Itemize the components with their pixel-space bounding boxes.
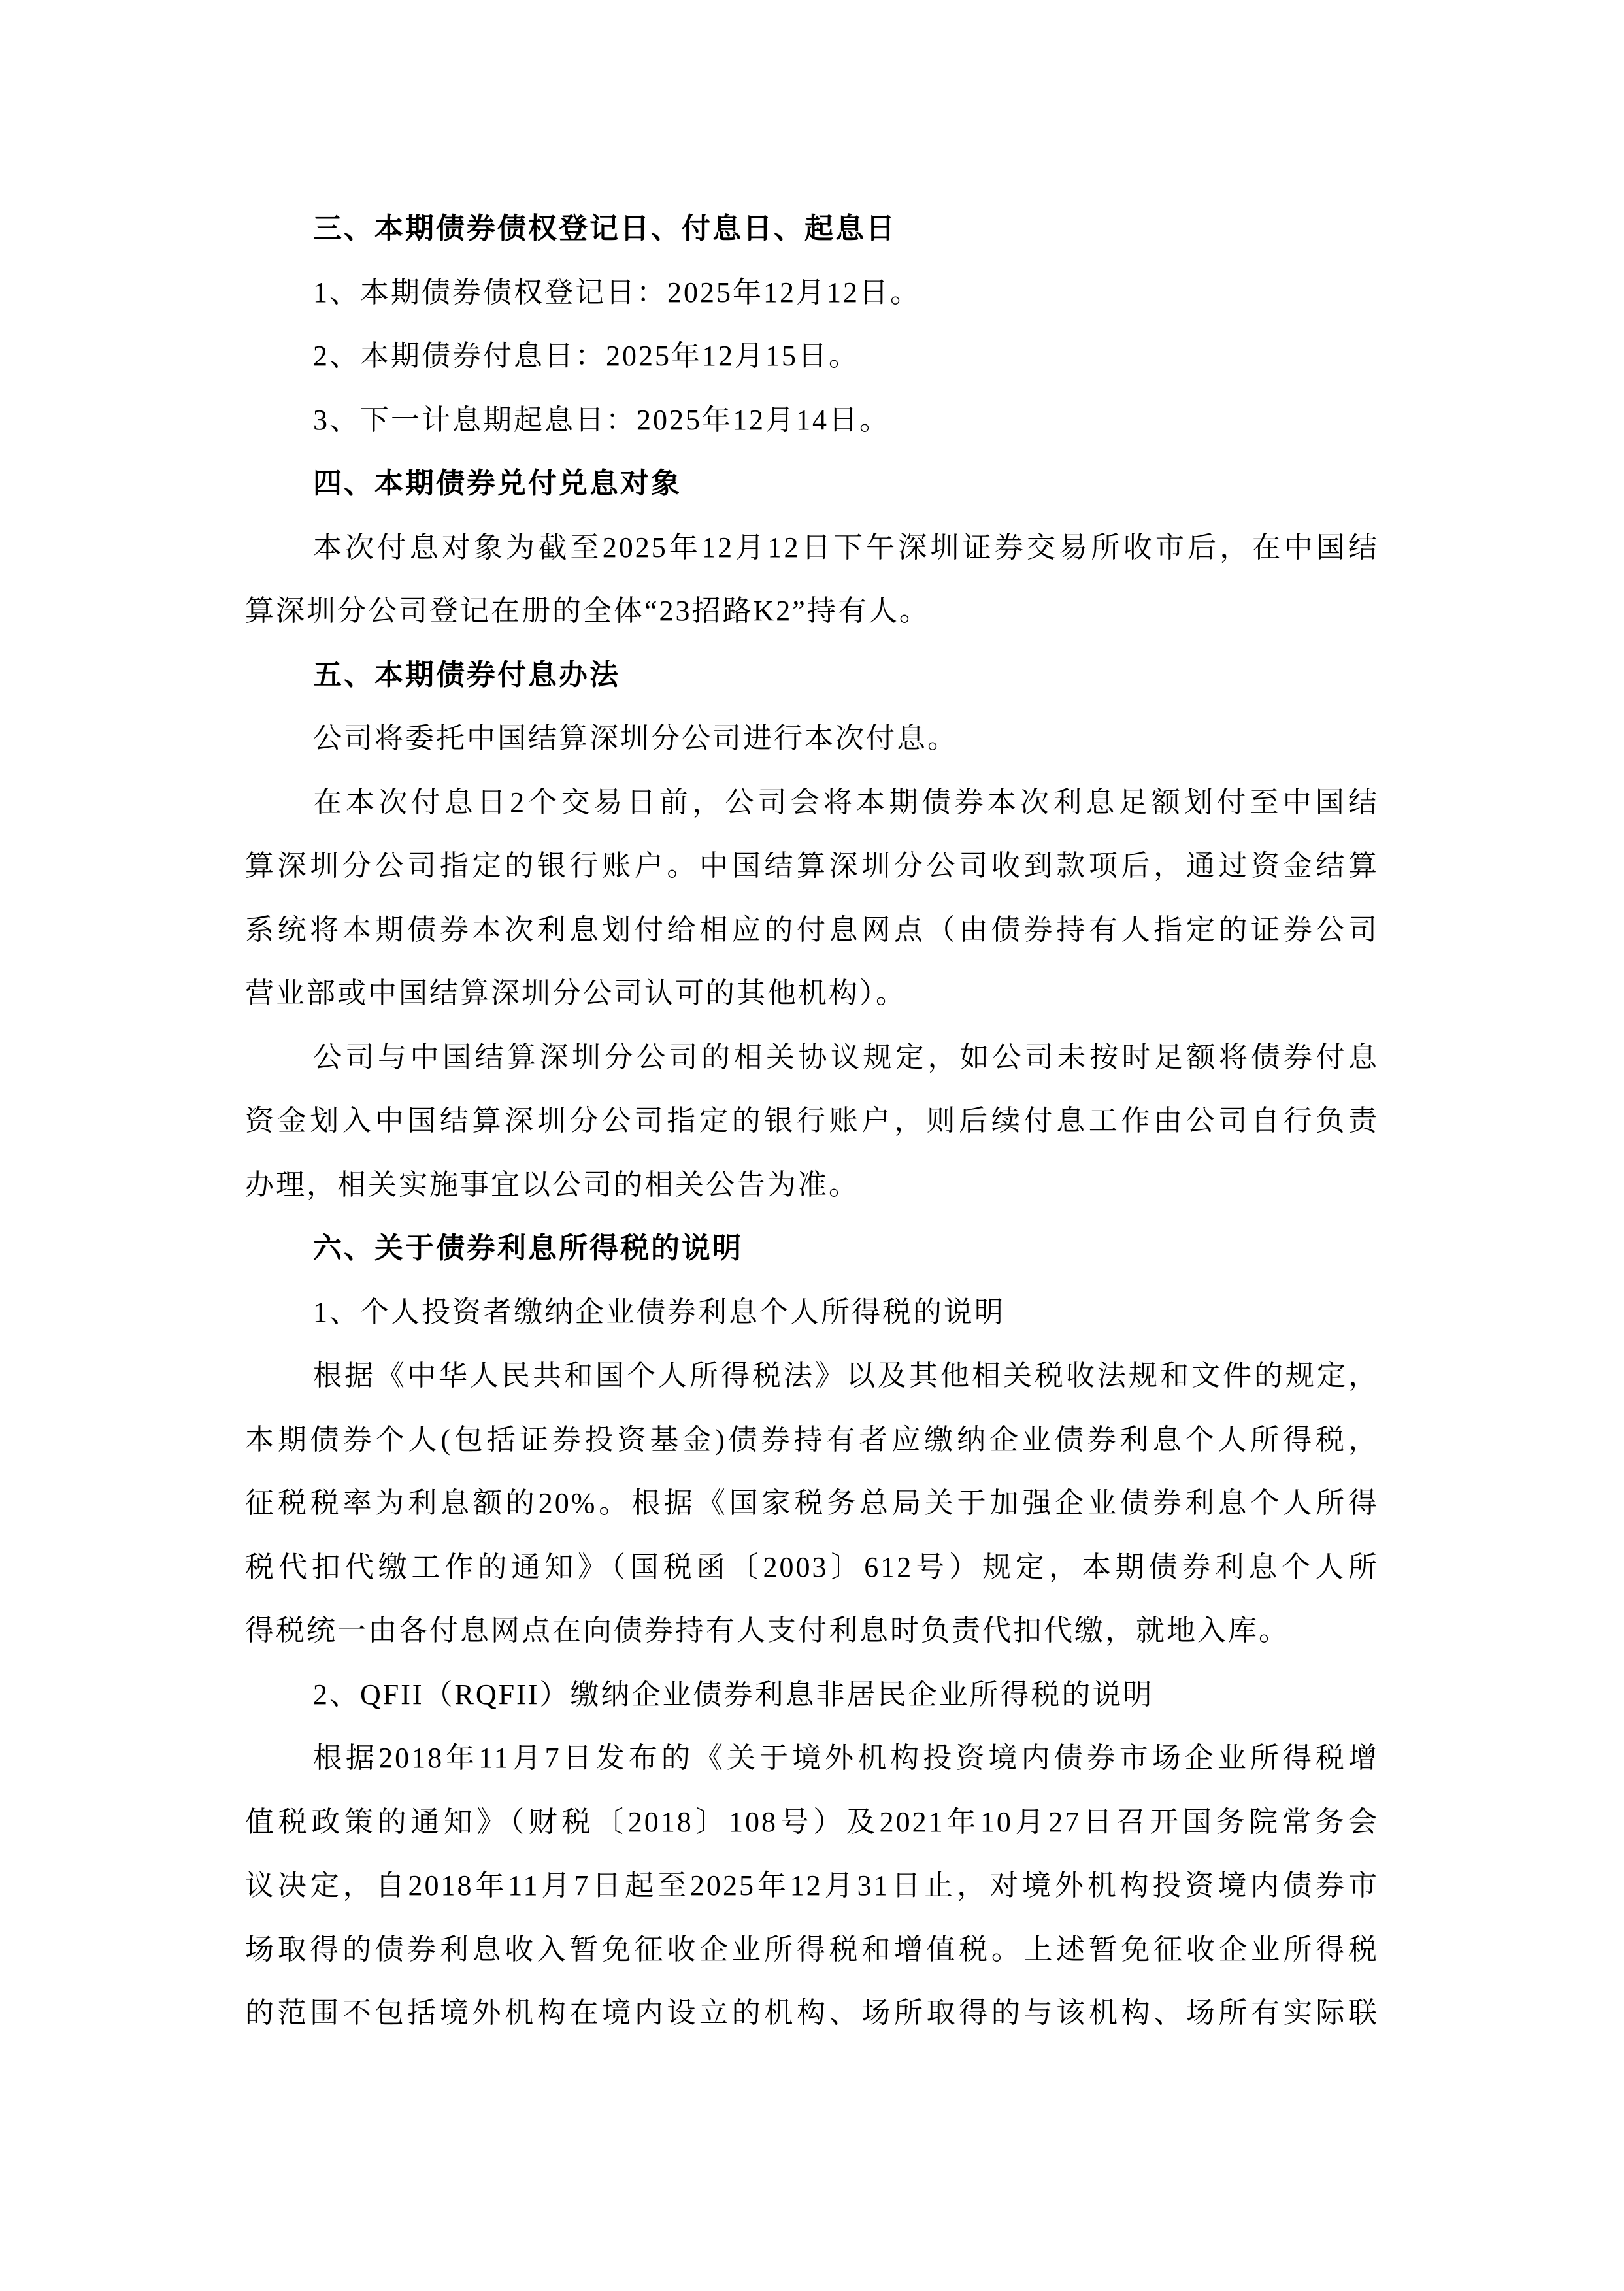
paragraph-line: 系统将本期债券本次利息划付给相应的付息网点（由债券持有人指定的证券公司 (245, 898, 1379, 962)
paragraph-line: 的范围不包括境外机构在境内设立的机构、场所取得的与该机构、场所有实际联 (245, 1981, 1379, 2045)
paragraph-line: 根据2018年11月7日发布的《关于境外机构投资境内债券市场企业所得税增 (245, 1726, 1379, 1790)
paragraph-line: 场取得的债券利息收入暂免征收企业所得税和增值税。上述暂免征收企业所得税 (245, 1918, 1379, 1982)
paragraph-line: 2、本期债券付息日：2025年12月15日。 (245, 324, 1379, 388)
paragraph-line: 公司将委托中国结算深圳分公司进行本次付息。 (245, 707, 1379, 771)
paragraph-line: 本期债券个人(包括证券投资基金)债券持有者应缴纳企业债券利息个人所得税， (245, 1408, 1379, 1472)
paragraph-line: 征税税率为利息额的20%。根据《国家税务总局关于加强企业债券利息个人所得 (245, 1471, 1379, 1535)
section-heading-4: 四、本期债券兑付兑息对象 (245, 452, 1379, 516)
paragraph-line: 根据《中华人民共和国个人所得税法》以及其他相关税收法规和文件的规定， (245, 1344, 1379, 1408)
paragraph-line: 资金划入中国结算深圳分公司指定的银行账户，则后续付息工作由公司自行负责 (245, 1089, 1379, 1153)
paragraph-line: 税代扣代缴工作的通知》（国税函〔2003〕612号）规定，本期债券利息个人所 (245, 1535, 1379, 1599)
paragraph-line: 2、QFII（RQFII）缴纳企业债券利息非居民企业所得税的说明 (245, 1663, 1379, 1727)
paragraph-line: 3、下一计息期起息日：2025年12月14日。 (245, 388, 1379, 452)
paragraph-line: 在本次付息日2个交易日前，公司会将本期债券本次利息足额划付至中国结 (245, 771, 1379, 835)
paragraph-line: 1、个人投资者缴纳企业债券利息个人所得税的说明 (245, 1280, 1379, 1345)
paragraph-line: 值税政策的通知》（财税〔2018〕108号）及2021年10月27日召开国务院常… (245, 1790, 1379, 1854)
section-heading-5: 五、本期债券付息办法 (245, 643, 1379, 707)
paragraph-line: 得税统一由各付息网点在向债券持有人支付利息时负责代扣代缴，就地入库。 (245, 1599, 1379, 1663)
paragraph-line: 营业部或中国结算深圳分公司认可的其他机构）。 (245, 962, 1379, 1026)
paragraph-line: 议决定，自2018年11月7日起至2025年12月31日止，对境外机构投资境内债… (245, 1854, 1379, 1918)
document-page: 三、本期债券债权登记日、付息日、起息日 1、本期债券债权登记日：2025年12月… (0, 0, 1624, 2291)
paragraph-line: 公司与中国结算深圳分公司的相关协议规定，如公司未按时足额将债券付息 (245, 1026, 1379, 1090)
paragraph-line: 本次付息对象为截至2025年12月12日下午深圳证券交易所收市后，在中国结 (245, 516, 1379, 580)
paragraph-line: 算深圳分公司指定的银行账户。中国结算深圳分公司收到款项后，通过资金结算 (245, 834, 1379, 898)
paragraph-line: 算深圳分公司登记在册的全体“23招路K2”持有人。 (245, 579, 1379, 643)
section-heading-3: 三、本期债券债权登记日、付息日、起息日 (245, 197, 1379, 261)
paragraph-line: 1、本期债券债权登记日：2025年12月12日。 (245, 261, 1379, 325)
section-heading-6: 六、关于债券利息所得税的说明 (245, 1216, 1379, 1280)
paragraph-line: 办理，相关实施事宜以公司的相关公告为准。 (245, 1153, 1379, 1217)
